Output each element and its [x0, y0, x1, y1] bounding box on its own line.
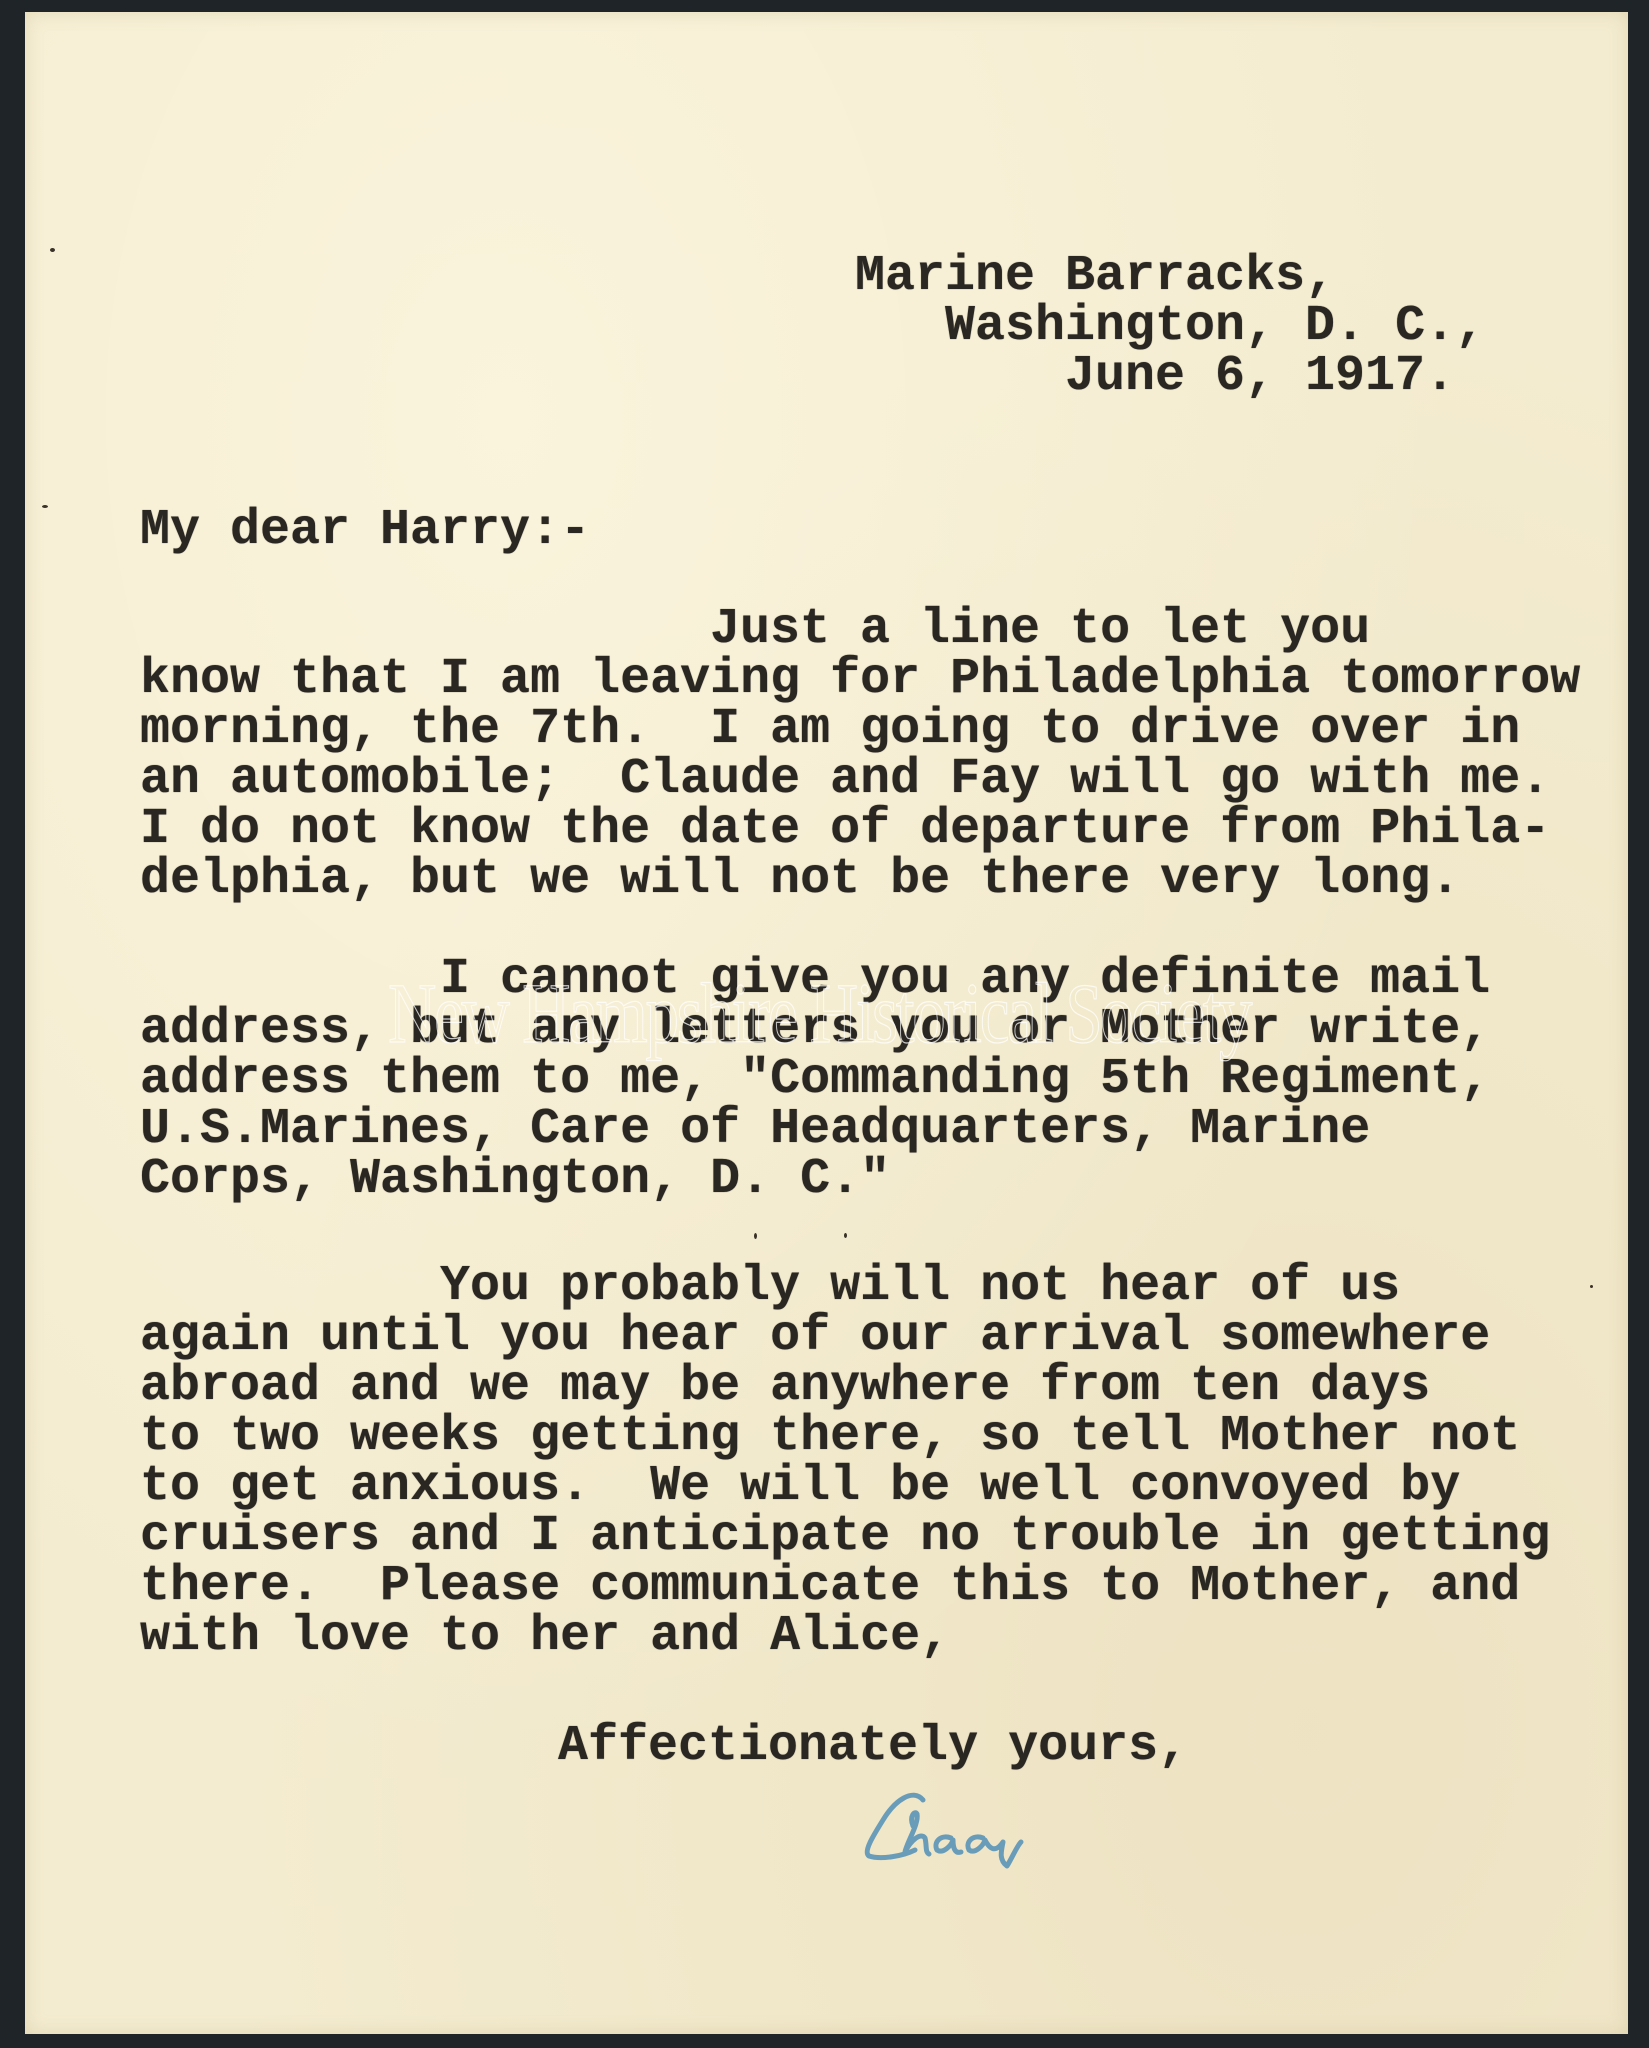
paragraph-1-line-6: delphia, but we will not be there very l…	[140, 855, 1460, 905]
paragraph-2-line-5: Corps, Washington, D. C."	[140, 1155, 890, 1205]
paper-speck	[50, 248, 55, 252]
paragraph-3-line-6: cruisers and I anticipate no trouble in …	[140, 1512, 1550, 1562]
paper-speck	[1590, 1285, 1593, 1288]
paragraph-3-line-4: to two weeks getting there, so tell Moth…	[140, 1412, 1520, 1462]
paragraph-1-line-4: an automobile; Claude and Fay will go wi…	[140, 755, 1550, 805]
paragraph-1-line-5: I do not know the date of departure from…	[140, 805, 1550, 855]
heading-date: June 6, 1917.	[1065, 352, 1455, 402]
signature-chas: Chas	[855, 1780, 1045, 1880]
paragraph-2-line-4: U.S.Marines, Care of Headquarters, Marin…	[140, 1105, 1370, 1155]
paragraph-3-line-1: You probably will not hear of us	[440, 1262, 1400, 1312]
paragraph-3-line-3: abroad and we may be anywhere from ten d…	[140, 1362, 1430, 1412]
paragraph-3-line-7: there. Please communicate this to Mother…	[140, 1562, 1520, 1612]
paragraph-1-line-2: know that I am leaving for Philadelphia …	[140, 655, 1580, 705]
paper-speck	[42, 505, 48, 508]
paragraph-3-line-5: to get anxious. We will be well convoyed…	[140, 1462, 1460, 1512]
watermark: New Hampshire Historical Society	[388, 970, 1250, 1056]
heading-line-2: Washington, D. C.,	[945, 302, 1485, 352]
paper-speck	[754, 1233, 757, 1239]
paragraph-3-line-2: again until you hear of our arrival some…	[140, 1312, 1490, 1362]
salutation: My dear Harry:-	[140, 506, 590, 556]
paragraph-3-line-8: with love to her and Alice,	[140, 1612, 950, 1662]
closing: Affectionately yours,	[558, 1722, 1188, 1772]
paper-speck	[844, 1233, 847, 1238]
heading-line-1: Marine Barracks,	[855, 252, 1335, 302]
paragraph-1-line-1: Just a line to let you	[710, 605, 1370, 655]
paragraph-2-line-3: address them to me, "Commanding 5th Regi…	[140, 1055, 1490, 1105]
paragraph-1-line-3: morning, the 7th. I am going to drive ov…	[140, 705, 1520, 755]
